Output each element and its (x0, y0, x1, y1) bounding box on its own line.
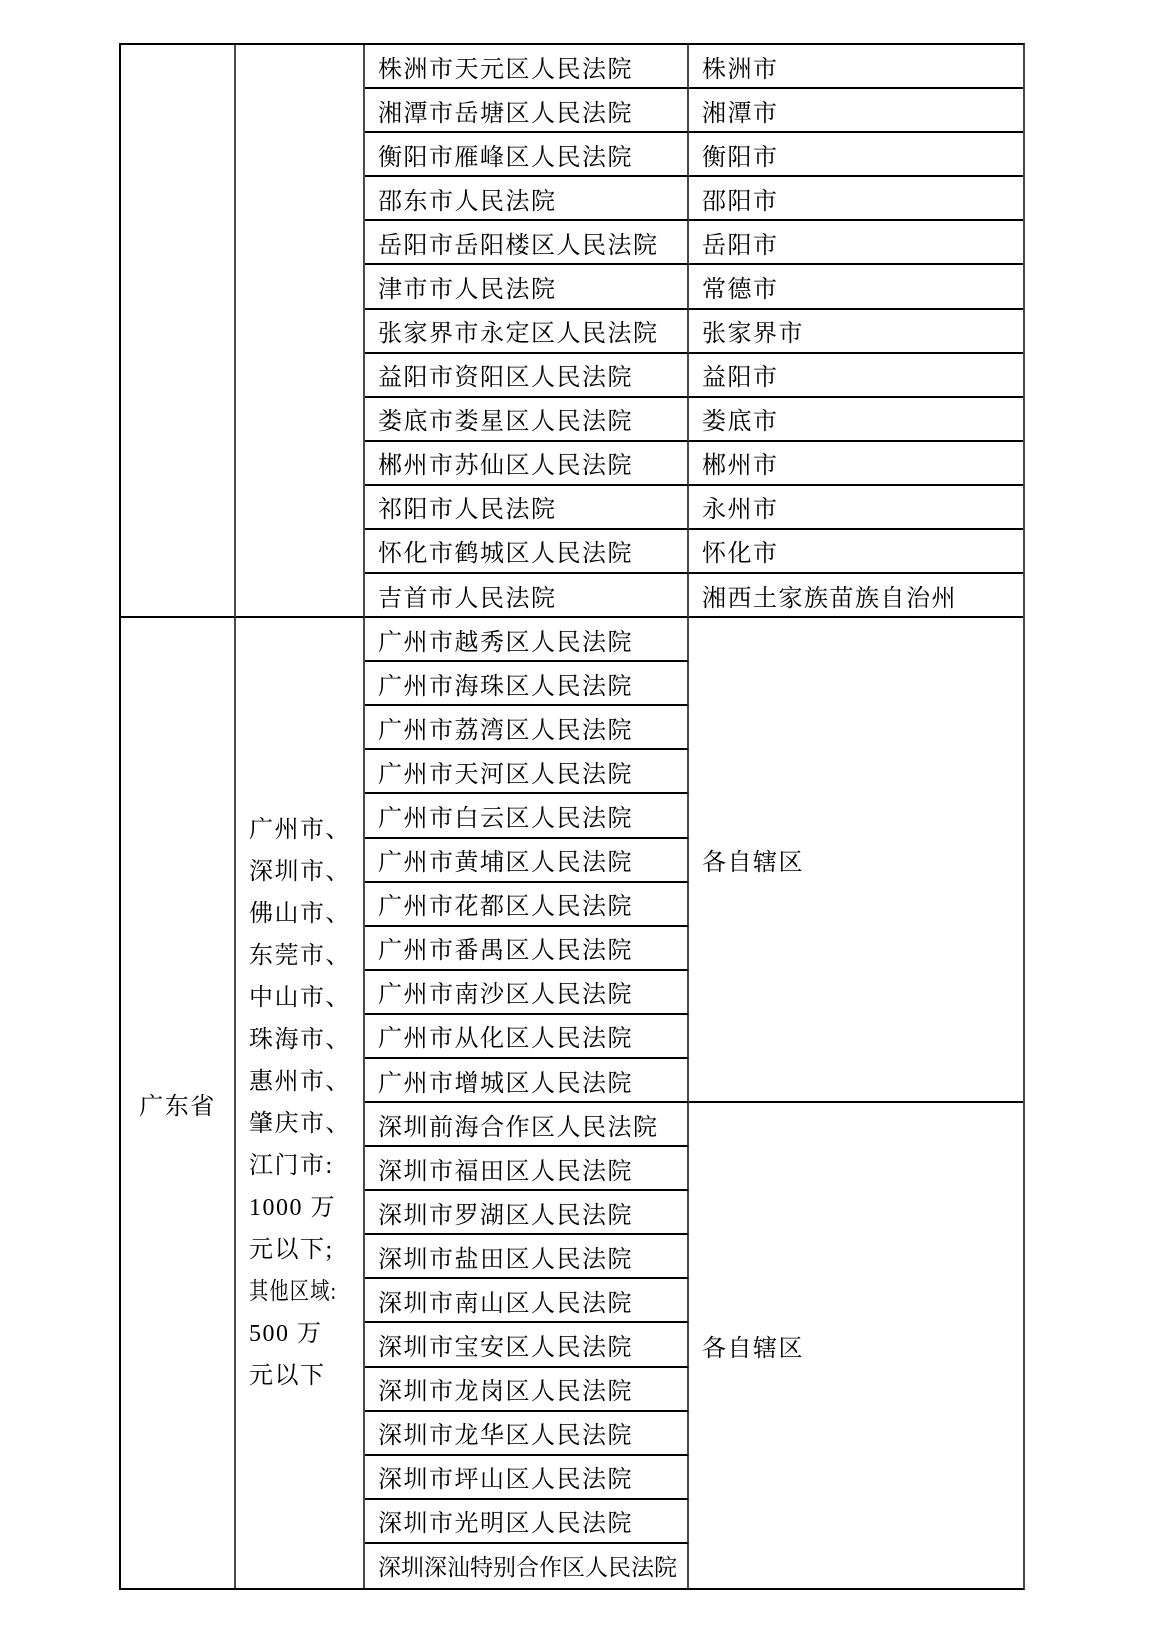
criteria-line: 珠海市、 (249, 1019, 351, 1061)
criteria-line: 中山市、 (249, 977, 351, 1019)
jurisdiction-cell: 娄底市 (689, 398, 1023, 442)
jurisdiction-cell: 郴州市 (689, 442, 1023, 486)
court-cell: 邵东市人民法院 (365, 177, 689, 221)
jurisdiction-cell: 湘潭市 (689, 89, 1023, 133)
court-cell: 深圳市坪山区人民法院 (365, 1456, 689, 1500)
criteria-line: 深圳市、 (249, 851, 351, 893)
court-cell: 深圳市盐田区人民法院 (365, 1235, 689, 1279)
criteria-line: 500 万 (249, 1313, 323, 1355)
criteria-line: 1000 万 (249, 1187, 336, 1229)
court-cell: 深圳市福田区人民法院 (365, 1147, 689, 1191)
court-cell: 广州市南沙区人民法院 (365, 971, 689, 1015)
jurisdiction-cell: 岳阳市 (689, 221, 1023, 265)
courts-table: 广东省 广州市、深圳市、佛山市、东莞市、中山市、珠海市、惠州市、肇庆市、江门市:… (119, 43, 1025, 1590)
court-cell: 广州市天河区人民法院 (365, 750, 689, 794)
empty-criteria-cell (236, 45, 365, 618)
criteria-line: 元以下; (249, 1229, 334, 1271)
court-cell: 深圳市南山区人民法院 (365, 1279, 689, 1323)
jurisdiction-cell: 株洲市 (689, 45, 1023, 89)
court-cell: 深圳市宝安区人民法院 (365, 1323, 689, 1367)
court-cell: 深圳前海合作区人民法院 (365, 1103, 689, 1147)
criteria-line: 肇庆市、 (249, 1103, 351, 1145)
jurisdiction-cell: 益阳市 (689, 354, 1023, 398)
court-cell: 湘潭市岳塘区人民法院 (365, 89, 689, 133)
court-cell: 郴州市苏仙区人民法院 (365, 442, 689, 486)
court-cell: 广州市增城区人民法院 (365, 1059, 689, 1103)
court-cell: 广州市荔湾区人民法院 (365, 706, 689, 750)
criteria-cell: 广州市、深圳市、佛山市、东莞市、中山市、珠海市、惠州市、肇庆市、江门市:1000… (236, 618, 365, 1588)
jurisdiction-cell: 怀化市 (689, 530, 1023, 574)
court-cell: 衡阳市雁峰区人民法院 (365, 133, 689, 177)
court-cell: 广州市从化区人民法院 (365, 1015, 689, 1059)
court-cell: 广州市海珠区人民法院 (365, 662, 689, 706)
court-cell: 深圳市龙岗区人民法院 (365, 1368, 689, 1412)
criteria-line: 广州市、 (249, 809, 351, 851)
court-cell: 津市市人民法院 (365, 265, 689, 309)
court-cell: 广州市花都区人民法院 (365, 883, 689, 927)
jurisdiction-cell: 常德市 (689, 265, 1023, 309)
court-cell: 广州市越秀区人民法院 (365, 618, 689, 662)
court-cell: 深圳深汕特别合作区人民法院 (365, 1544, 689, 1588)
province-cell: 广东省 (121, 618, 236, 1588)
jurisdiction-cell: 永州市 (689, 486, 1023, 530)
court-cell: 深圳市龙华区人民法院 (365, 1412, 689, 1456)
empty-province-cell (121, 45, 236, 618)
court-cell: 广州市白云区人民法院 (365, 794, 689, 838)
jurisdiction-cell: 衡阳市 (689, 133, 1023, 177)
court-cell: 广州市黄埔区人民法院 (365, 839, 689, 883)
jurisdiction-cell-guangzhou: 各自辖区 (689, 618, 1023, 1103)
jurisdiction-cell: 邵阳市 (689, 177, 1023, 221)
court-cell: 岳阳市岳阳楼区人民法院 (365, 221, 689, 265)
court-cell: 吉首市人民法院 (365, 574, 689, 618)
court-cell: 深圳市罗湖区人民法院 (365, 1191, 689, 1235)
court-cell: 怀化市鹤城区人民法院 (365, 530, 689, 574)
court-cell: 广州市番禺区人民法院 (365, 927, 689, 971)
jurisdiction-cell: 湘西土家族苗族自治州 (689, 574, 1023, 618)
criteria-line: 其他区域: (249, 1271, 337, 1313)
jurisdiction-cell: 张家界市 (689, 310, 1023, 354)
jurisdiction-cell-shenzhen: 各自辖区 (689, 1103, 1023, 1588)
court-cell: 株洲市天元区人民法院 (365, 45, 689, 89)
court-cell: 张家界市永定区人民法院 (365, 310, 689, 354)
criteria-line: 惠州市、 (249, 1061, 351, 1103)
criteria-line: 佛山市、 (249, 893, 351, 935)
court-cell: 益阳市资阳区人民法院 (365, 354, 689, 398)
criteria-line: 元以下 (249, 1355, 326, 1397)
criteria-line: 东莞市、 (249, 935, 351, 977)
court-cell: 深圳市光明区人民法院 (365, 1500, 689, 1544)
court-cell: 娄底市娄星区人民法院 (365, 398, 689, 442)
court-cell: 祁阳市人民法院 (365, 486, 689, 530)
document-page: 广东省 广州市、深圳市、佛山市、东莞市、中山市、珠海市、惠州市、肇庆市、江门市:… (0, 0, 1149, 1626)
criteria-line: 江门市: (249, 1145, 334, 1187)
